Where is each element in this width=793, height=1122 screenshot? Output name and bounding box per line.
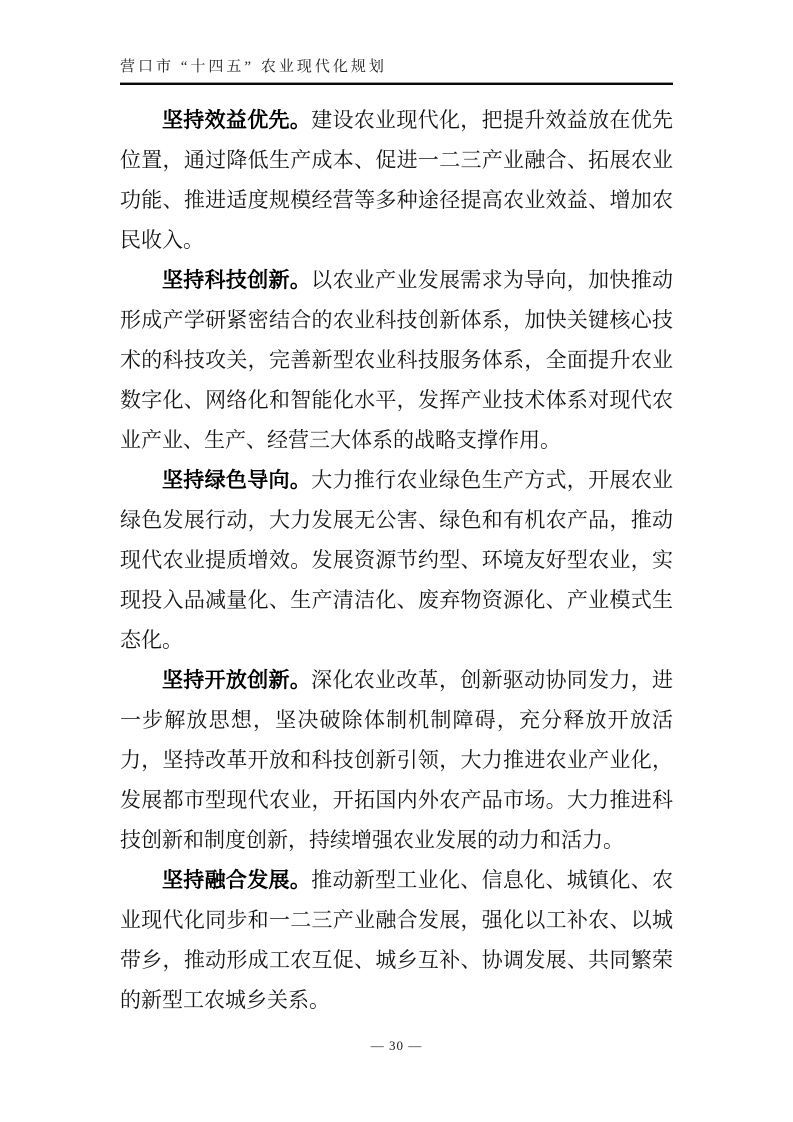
- paragraph-open-innovation-lead: 坚持开放创新。: [162, 668, 311, 692]
- paragraph-integrated-development: 坚持融合发展。推动新型工业化、信息化、城镇化、农业现代化同步和一二三产业融合发展…: [120, 860, 673, 1020]
- paragraph-tech-innovation-lead: 坚持科技创新。: [162, 268, 311, 292]
- paragraph-green-orientation-body: 大力推行农业绿色生产方式，开展农业绿色发展行动，大力发展无公害、绿色和有机农产品…: [120, 468, 673, 652]
- paragraph-benefit-first: 坚持效益优先。建设农业现代化，把提升效益放在优先位置，通过降低生产成本、促进一二…: [120, 100, 673, 260]
- paragraph-open-innovation-body: 深化农业改革，创新驱动协同发力，进一步解放思想，坚决破除体制机制障碍，充分释放开…: [120, 668, 673, 852]
- page-footer: — 30 —: [0, 1038, 793, 1054]
- paragraph-benefit-first-lead: 坚持效益优先。: [162, 108, 311, 132]
- paragraph-tech-innovation-body: 以农业产业发展需求为导向，加快推动形成产学研紧密结合的农业科技创新体系，加快关键…: [120, 268, 673, 452]
- paragraph-green-orientation: 坚持绿色导向。大力推行农业绿色生产方式，开展农业绿色发展行动，大力发展无公害、绿…: [120, 460, 673, 660]
- paragraph-open-innovation: 坚持开放创新。深化农业改革，创新驱动协同发力，进一步解放思想，坚决破除体制机制障…: [120, 660, 673, 860]
- document-page: 营口市 “十四五” 农业现代化规划 坚持效益优先。建设农业现代化，把提升效益放在…: [0, 0, 793, 1122]
- document-body: 坚持效益优先。建设农业现代化，把提升效益放在优先位置，通过降低生产成本、促进一二…: [120, 100, 673, 1020]
- page-number: — 30 —: [371, 1038, 423, 1053]
- paragraph-integrated-development-lead: 坚持融合发展。: [162, 868, 311, 892]
- header-title: 营口市 “十四五” 农业现代化规划: [120, 55, 673, 76]
- paragraph-green-orientation-lead: 坚持绿色导向。: [162, 468, 311, 492]
- header-rule: [120, 82, 673, 85]
- paragraph-tech-innovation: 坚持科技创新。以农业产业发展需求为导向，加快推动形成产学研紧密结合的农业科技创新…: [120, 260, 673, 460]
- page-header: 营口市 “十四五” 农业现代化规划: [120, 55, 673, 85]
